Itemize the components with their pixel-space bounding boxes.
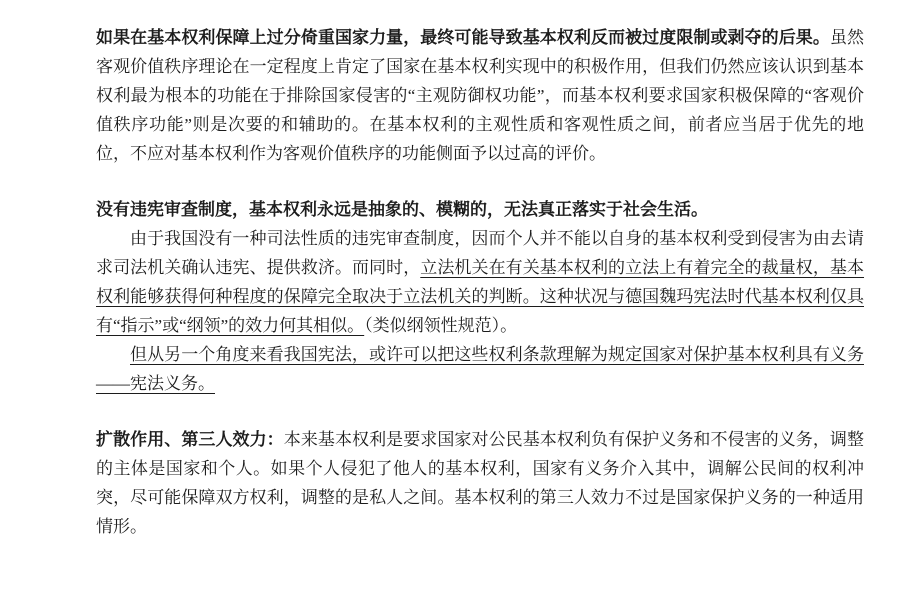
lead-bold-sentence: 如果在基本权利保障上过分倚重国家力量，最终可能导致基本权利反而被过度限制或剥夺的… [96, 28, 830, 47]
heading-constitutional-review: 没有违宪审查制度，基本权利永远是抽象的、模糊的，无法真正落实于社会生活。 [96, 195, 864, 224]
underlined-passage-constitutional-duty: 但从另一个角度来看我国宪法，或许可以把这些权利条款理解为规定国家对保护基本权利具… [96, 345, 864, 393]
paragraph-body-text: 虽然客观价值秩序理论在一定程度上肯定了国家在基本权利实现中的积极作用，但我们仍然… [96, 28, 864, 163]
paragraph-no-review-system: 由于我国没有一种司法性质的违宪审查制度，因而个人并不能以自身的基本权利受到侵害为… [96, 224, 864, 340]
parenthetical-note: （类似纲领性规范）。 [364, 316, 517, 335]
paragraph-alternative-view: 但从另一个角度来看我国宪法，或许可以把这些权利条款理解为规定国家对保护基本权利具… [96, 340, 864, 398]
paragraph-state-power: 如果在基本权利保障上过分倚重国家力量，最终可能导致基本权利反而被过度限制或剥夺的… [96, 23, 864, 168]
document-page: 如果在基本权利保障上过分倚重国家力量，最终可能导致基本权利反而被过度限制或剥夺的… [0, 0, 912, 607]
paragraph-third-party-effect: 扩散作用、第三人效力：本来基本权利是要求国家对公民基本权利负有保护义务和不侵害的… [96, 425, 864, 541]
lead-bold-term: 扩散作用、第三人效力： [96, 430, 284, 449]
